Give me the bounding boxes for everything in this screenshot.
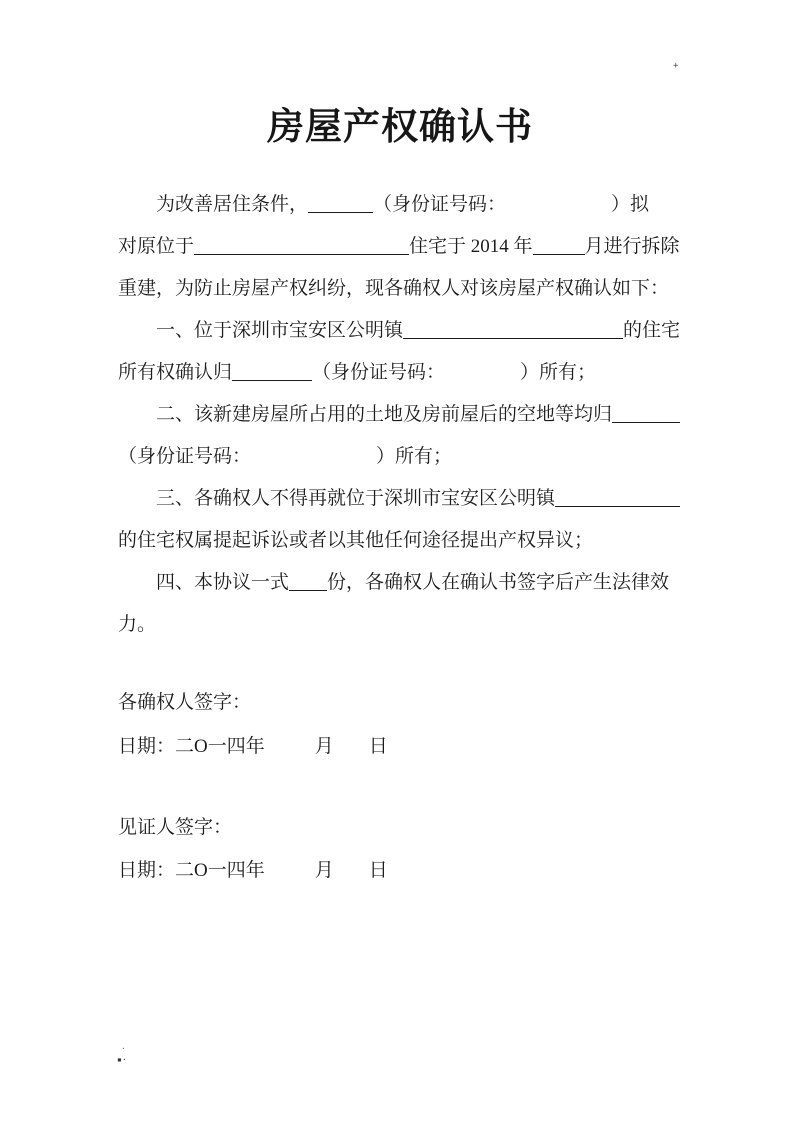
- blank-underline[interactable]: [555, 490, 680, 507]
- blank-underline[interactable]: [403, 322, 623, 339]
- text-run: ）所有；: [376, 446, 452, 467]
- confirmers-signature-label: 各确权人签字：: [118, 690, 684, 716]
- text-run: 日: [369, 860, 388, 881]
- text-run: 日期：二O一四年: [118, 860, 265, 881]
- scan-speck-bottom-left-lower: ▪·: [117, 1055, 127, 1064]
- blank-underline[interactable]: [232, 364, 312, 381]
- blank-underline[interactable]: [308, 196, 373, 213]
- document-line: 三、各确权人不得再就位于深圳市宝安区公明镇: [118, 478, 684, 520]
- text-run: 对原位于: [118, 236, 194, 257]
- document-line: 所有权确认归（身份证号码：）所有；: [118, 352, 684, 394]
- text-run: 月: [315, 736, 334, 757]
- text-run: 份，各确权人在确认书签字后产生法律效: [327, 572, 669, 593]
- scan-speck-bottom-left-upper: ·: [121, 1044, 126, 1053]
- text-run: ）拟: [611, 194, 649, 215]
- blank-space: [445, 377, 520, 378]
- blank-space: [265, 751, 315, 752]
- text-run: 重建，为防止房屋产权纠纷，现各确权人对该房屋产权确认如下：: [118, 278, 669, 299]
- document-line: （身份证号码：）所有；: [118, 436, 684, 478]
- text-run: 为改善居住条件，: [156, 194, 308, 215]
- document-body: 为改善居住条件，（身份证号码：）拟对原位于住宅于 2014 年月进行拆除重建，为…: [118, 184, 684, 646]
- text-run: 的住宅权属提起诉讼或者以其他任何途径提出产权异议；: [118, 530, 593, 551]
- text-run: 的住宅: [623, 320, 680, 341]
- blank-space: [506, 209, 611, 210]
- text-run: （身份证号码：: [312, 362, 445, 383]
- text-run: 力。: [118, 614, 156, 635]
- text-run: （身份证号码：: [118, 446, 251, 467]
- document-line: 的住宅权属提起诉讼或者以其他任何途径提出产权异议；: [118, 520, 684, 562]
- scan-speck-top-right: +: [673, 62, 678, 71]
- document-line: 一、位于深圳市宝安区公明镇的住宅: [118, 310, 684, 352]
- text-run: 月进行拆除: [585, 236, 680, 257]
- blank-underline[interactable]: [533, 238, 585, 255]
- text-run: 三、各确权人不得再就位于深圳市宝安区公明镇: [156, 488, 555, 509]
- text-run: 住宅于 2014 年: [409, 236, 533, 257]
- document-line: 力。: [118, 604, 684, 646]
- blank-underline[interactable]: [289, 574, 327, 591]
- document-line: 四、本协议一式份，各确权人在确认书签字后产生法律效: [118, 562, 684, 604]
- witness-date-line: 日期：二O一四年月日: [118, 858, 684, 884]
- document-line: 二、该新建房屋所占用的土地及房前屋后的空地等均归: [118, 394, 684, 436]
- blank-space: [334, 751, 369, 752]
- text-run: 月: [315, 860, 334, 881]
- confirmers-date-line: 日期：二O一四年月日: [118, 734, 684, 760]
- text-run: 日期：二O一四年: [118, 736, 265, 757]
- document-page: + 房屋产权确认书 为改善居住条件，（身份证号码：）拟对原位于住宅于 2014 …: [0, 0, 800, 1132]
- text-run: 所有权确认归: [118, 362, 232, 383]
- witness-signature-label: 见证人签字：: [118, 815, 684, 841]
- text-run: ）所有；: [520, 362, 596, 383]
- text-run: 一、位于深圳市宝安区公明镇: [156, 320, 403, 341]
- text-run: 四、本协议一式: [156, 572, 289, 593]
- blank-space: [265, 875, 315, 876]
- text-run: 日: [369, 736, 388, 757]
- blank-space: [334, 875, 369, 876]
- blank-underline[interactable]: [612, 406, 680, 423]
- blank-space: [251, 461, 376, 462]
- document-line: 对原位于住宅于 2014 年月进行拆除: [118, 226, 684, 268]
- document-line: 重建，为防止房屋产权纠纷，现各确权人对该房屋产权确认如下：: [118, 268, 684, 310]
- text-run: （身份证号码：: [373, 194, 506, 215]
- blank-underline[interactable]: [194, 238, 409, 255]
- text-run: 二、该新建房屋所占用的土地及房前屋后的空地等均归: [156, 404, 612, 425]
- document-title: 房屋产权确认书: [0, 96, 800, 150]
- document-line: 为改善居住条件，（身份证号码：）拟: [118, 184, 684, 226]
